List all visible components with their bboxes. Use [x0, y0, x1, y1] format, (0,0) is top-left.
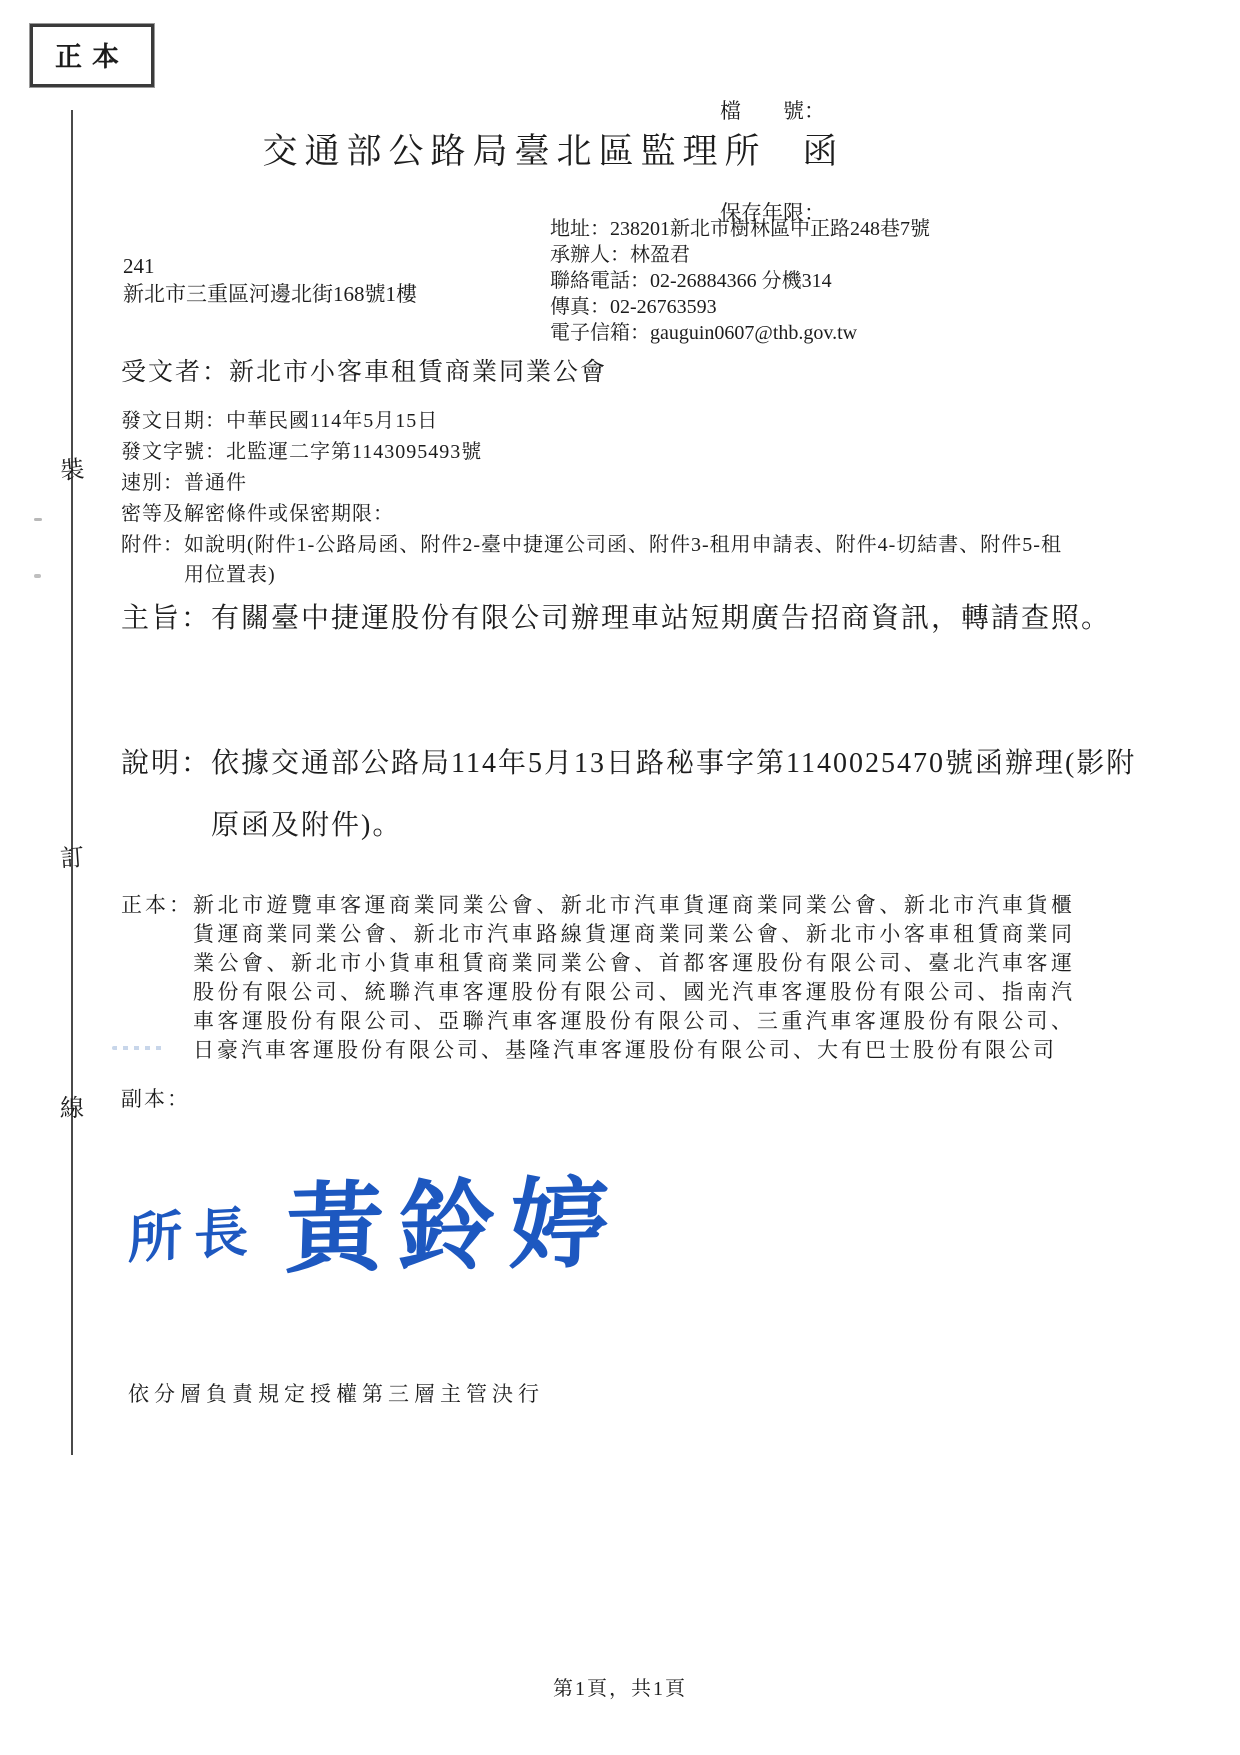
scan-speck: [34, 574, 41, 578]
subject-text: 有關臺中捷運股份有限公司辦理車站短期廣告招商資訊，轉請查照。: [211, 588, 1146, 650]
description-section: 說明： 依據交通部公路局114年5月13日路秘事字第1140025470號函辦理…: [121, 733, 1151, 857]
file-number-label: 檔 號：: [720, 94, 825, 128]
copy-type-stamp: 正本: [30, 24, 154, 87]
recipient-postal-block: 241 新北市三重區河邊北街168號1樓: [123, 252, 417, 308]
signature-title: 所長: [128, 1189, 261, 1273]
attachment-list: 如說明(附件1-公路局函、附件2-臺中捷運公司函、附件3-租用申請表、附件4-切…: [184, 530, 1064, 590]
issue-number: 發文字號：北監運二字第1143095493號: [121, 437, 1064, 468]
binding-mark-ding: 訂: [51, 837, 93, 875]
attachment-label: 附件：: [121, 530, 184, 561]
binding-mark-zhuang: 裝: [50, 448, 93, 487]
subject-label: 主旨：: [121, 588, 211, 650]
original-copies-list: 新北市遊覽車客運商業同業公會、新北市汽車貨運商業同業公會、新北市汽車貨櫃貨運商業…: [193, 891, 1075, 1065]
document-type-letter: 函: [803, 132, 838, 171]
original-copies-section: 正本： 新北市遊覽車客運商業同業公會、新北市汽車貨運商業同業公會、新北市汽車貨櫃…: [121, 891, 1075, 1065]
binding-mark-xian: 線: [52, 1088, 92, 1123]
attachment-row: 附件： 如說明(附件1-公路局函、附件2-臺中捷運公司函、附件3-租用申請表、附…: [121, 530, 1064, 590]
scan-speck: [34, 518, 42, 521]
subject-section: 主旨： 有關臺中捷運股份有限公司辦理車站短期廣告招商資訊，轉請查照。: [121, 588, 1146, 650]
speed-class: 速別：普通件: [121, 468, 1064, 499]
page-number-footer: 第1頁，共1頁: [0, 1672, 1240, 1701]
recipient-street-address: 新北市三重區河邊北街168號1樓: [123, 280, 417, 308]
official-letter-page: 裝 訂 線 正本 檔 號： 保存年限： 交通部公路局臺北區監理所函 地址：238…: [0, 0, 1240, 1755]
sender-address: 地址：238201新北市樹林區中正路248巷7號: [550, 216, 930, 242]
signature-name: 黃鈴婷: [284, 1145, 624, 1293]
sender-fax: 傳真：02-26763593: [550, 294, 930, 320]
delegation-note: 依分層負責規定授權第三層主管決行: [128, 1378, 544, 1408]
description-text: 依據交通部公路局114年5月13日路秘事字第1140025470號函辦理(影附原…: [211, 733, 1151, 857]
security-class: 密等及解密條件或保密期限：: [121, 499, 1064, 530]
document-title: 交通部公路局臺北區監理所函: [0, 124, 1100, 174]
description-label: 說明：: [121, 733, 211, 795]
sender-phone: 聯絡電話：02-26884366 分機314: [550, 268, 930, 294]
binding-margin-line: [71, 110, 73, 1455]
recipient-zip: 241: [123, 252, 417, 280]
issue-date: 發文日期：中華民國114年5月15日: [121, 406, 1064, 437]
sender-email: 電子信箱：gauguin0607@thb.gov.tw: [550, 320, 930, 346]
original-copies-label: 正本：: [121, 891, 193, 920]
receiver-line: 受文者：新北市小客車租賃商業同業公會: [121, 352, 607, 388]
sender-contact-block: 地址：238201新北市樹林區中正路248巷7號 承辦人：林盈君 聯絡電話：02…: [550, 216, 930, 346]
letter-metadata: 發文日期：中華民國114年5月15日 發文字號：北監運二字第1143095493…: [121, 406, 1064, 590]
director-signature-stamp: 所長 黃鈴婷: [127, 1145, 624, 1296]
issuing-agency-title: 交通部公路局臺北區監理所: [262, 132, 766, 171]
cc-copies-label: 副本：: [121, 1083, 190, 1113]
sender-contact-person: 承辦人：林盈君: [550, 242, 930, 268]
